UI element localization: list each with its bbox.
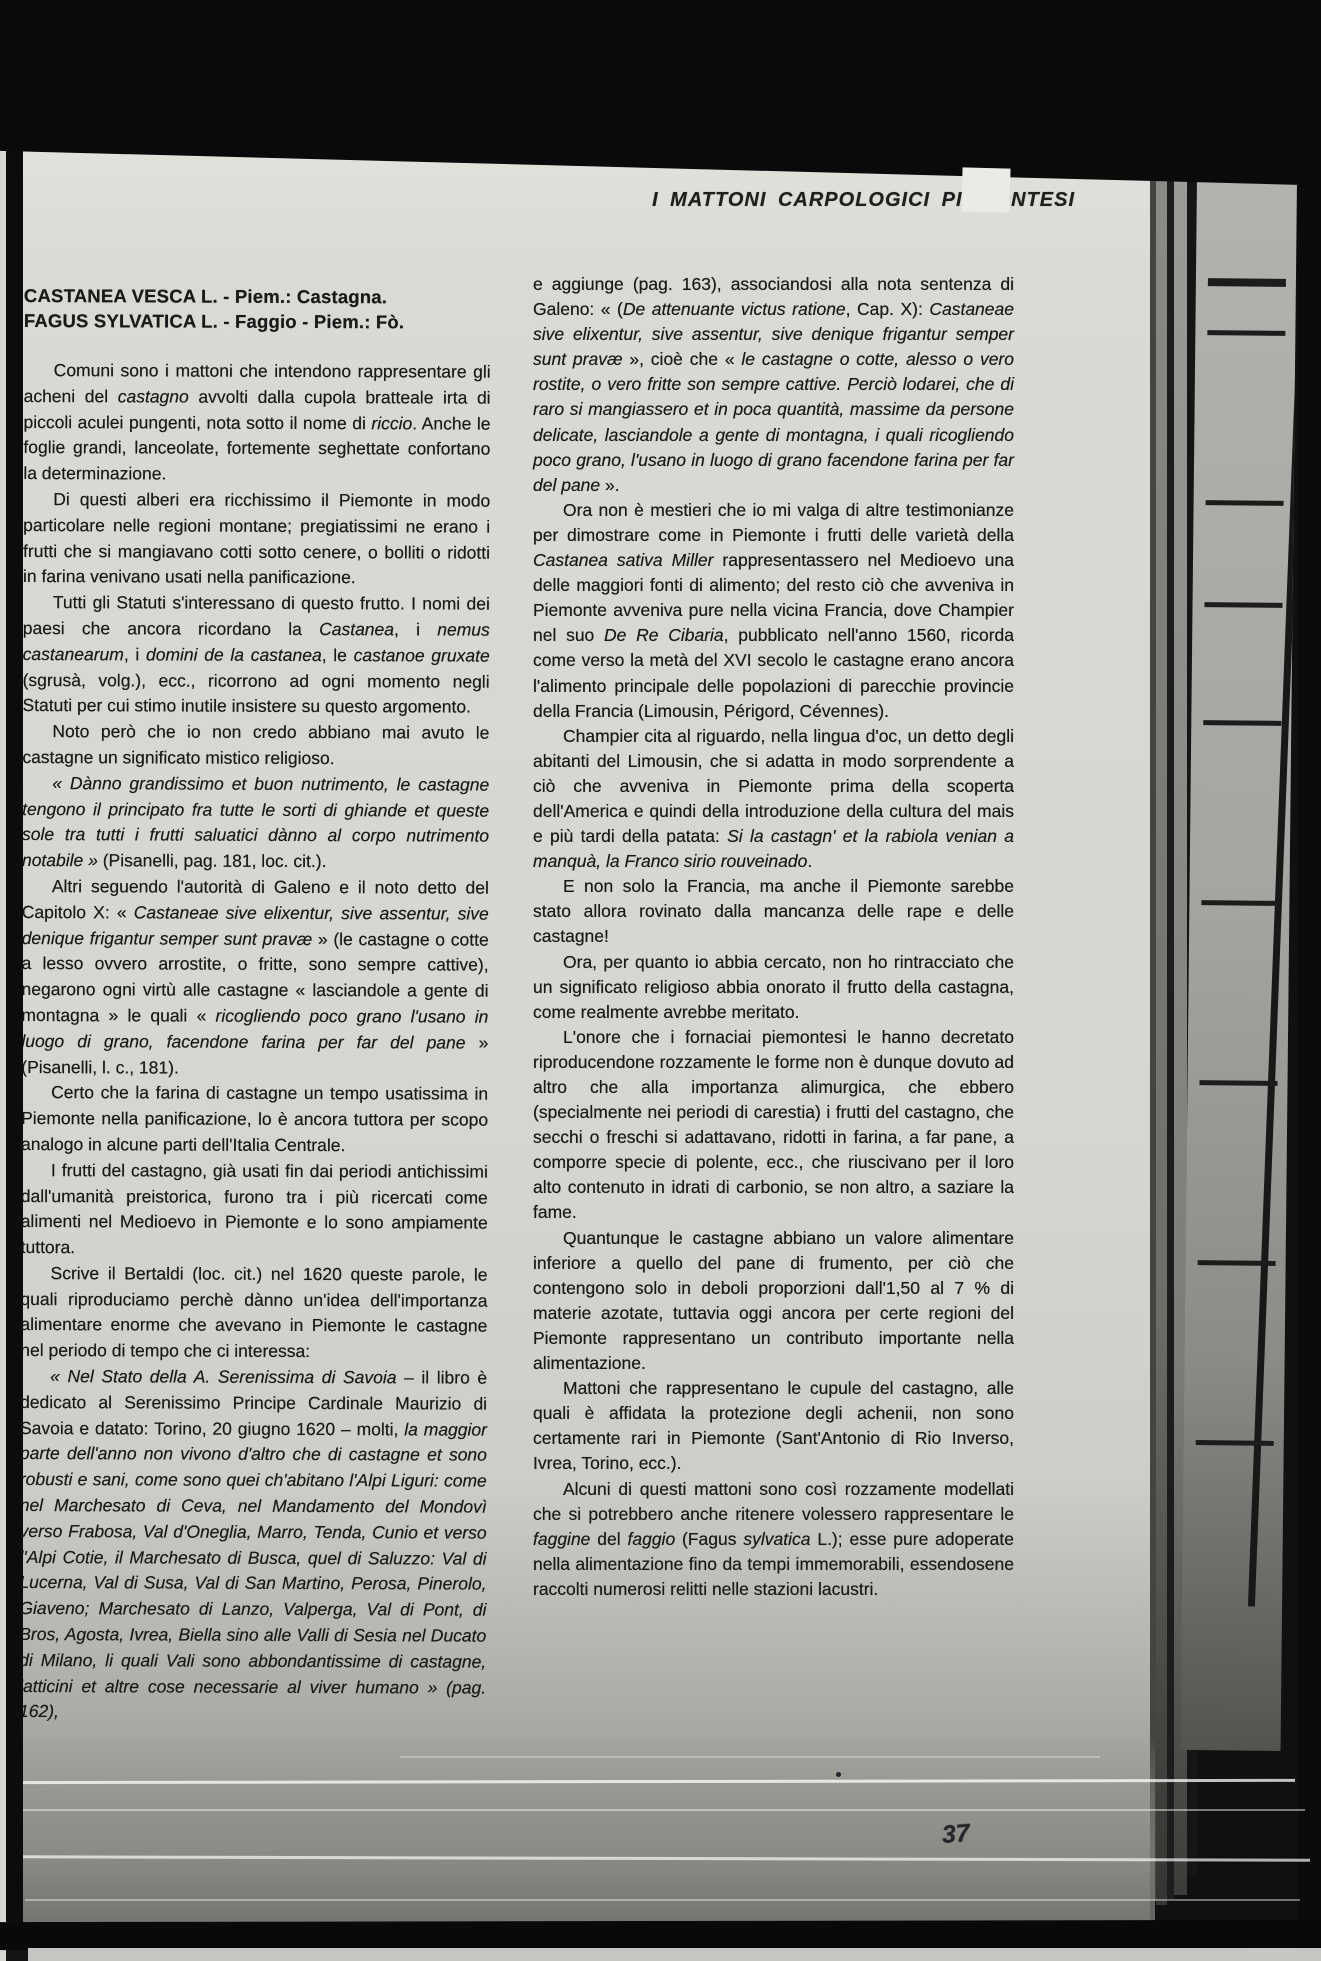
text-run: Mattoni che rappresentano le cupule del … — [533, 1378, 1014, 1473]
page-edge-stripe — [1156, 163, 1167, 1905]
page-edge-shadow-rung — [1205, 602, 1283, 608]
text-run: Castanea — [319, 619, 394, 639]
text-run: (sgrusà, volg.), ecc., ricorrono ad ogni… — [22, 670, 489, 717]
page-edge-shadow-rung — [1207, 330, 1285, 336]
paper-tab — [961, 167, 1010, 212]
species-heading-line2: FAGUS SYLVATICA L. - Faggio - Piem.: Fò. — [24, 308, 491, 335]
text-run: Ora non è mestieri che io mi valga di al… — [533, 500, 1014, 545]
text-run: Quantunque le castagne abbiano un valore… — [533, 1228, 1014, 1373]
text-run: faggine — [533, 1529, 590, 1549]
text-run: », cioè che « — [623, 349, 742, 369]
book-edge — [1150, 0, 1321, 1961]
text-run: sylvatica — [743, 1529, 810, 1549]
paragraph: Tutti gli Statuti s'interessano di quest… — [22, 590, 489, 721]
text-run: domini de la castanea — [146, 644, 322, 665]
paragraph: Certo che la farina di castagne un tempo… — [21, 1080, 488, 1159]
page-edge-shadow-rung — [1206, 500, 1284, 506]
photo-right-edge — [1297, 0, 1321, 1961]
page-edge-shadow-rung — [1208, 278, 1286, 287]
text-run: Scrive il Bertaldi (loc. cit.) nel 1620 … — [20, 1263, 487, 1361]
bottom-shadow-band — [0, 1920, 1321, 1950]
text-run: la maggior parte dell'anno non vivono d'… — [19, 1419, 487, 1697]
paragraph: Ora, per quanto io abbia cercato, non ho… — [533, 950, 1014, 1025]
text-run: , Cap. X): — [846, 299, 930, 319]
text-run: Certo che la farina di castagne un tempo… — [21, 1082, 488, 1155]
text-run: del — [590, 1529, 627, 1549]
text-run: Alcuni di questi mattoni sono così rozza… — [533, 1479, 1014, 1524]
column-right-paragraphs: e aggiunge (pag. 163), associandosi alla… — [533, 272, 1014, 1602]
text-run: , i — [394, 619, 437, 639]
page-edge-shadow-rung — [1200, 1080, 1278, 1086]
text-run: Castanea sativa Miller — [533, 550, 713, 570]
page-edge-light-column — [1181, 178, 1297, 1751]
paragraph: « Dànno grandissimo et buon nutrimento, … — [22, 771, 489, 876]
page-edge-shadow-rung — [1203, 720, 1281, 726]
photo-bottom-edge — [28, 1948, 1321, 1961]
paragraph: Comuni sono i mattoni che intendono rapp… — [23, 358, 490, 489]
text-run: (Pisanelli, pag. 181, loc. cit.). — [98, 850, 327, 871]
page-edge-shadow-rung — [1198, 1260, 1276, 1266]
text-run: faggio — [628, 1529, 676, 1549]
column-right: e aggiunge (pag. 163), associandosi alla… — [533, 272, 1014, 1602]
paragraph: Mattoni che rappresentano le cupule del … — [533, 1376, 1014, 1476]
text-run: Noto però che io non credo abbiano mai a… — [22, 721, 489, 768]
paragraph: E non solo la Francia, ma anche il Piemo… — [533, 874, 1014, 949]
text-run: E non solo la Francia, ma anche il Piemo… — [533, 876, 1014, 946]
paragraph: e aggiunge (pag. 163), associandosi alla… — [533, 272, 1014, 498]
text-run: castanoe gruxate — [354, 645, 490, 665]
text-run: riccio — [371, 413, 412, 433]
text-run: I frutti del castagno, già usati fin dai… — [21, 1160, 488, 1257]
paragraph: « Nel Stato della A. Serenissima di Savo… — [19, 1364, 487, 1727]
paragraph: Quantunque le castagne abbiano un valore… — [533, 1226, 1014, 1377]
text-run: le castagne o cotte, alesso o vero rosti… — [533, 349, 1014, 494]
text-run: L'onore che i fornaciai piemontesi le ha… — [533, 1027, 1014, 1223]
page-left-shadow — [6, 148, 23, 1948]
species-heading: CASTANEA VESCA L. - Piem.: Castagna. FAG… — [24, 283, 491, 335]
paragraph: Noto però che io non credo abbiano mai a… — [22, 719, 489, 772]
column-left-paragraphs: Comuni sono i mattoni che intendono rapp… — [19, 358, 491, 1727]
paragraph: Champier cita al riguardo, nella lingua … — [533, 724, 1014, 875]
paragraph: Di questi alberi era ricchissimo il Piem… — [23, 487, 490, 592]
text-run: De attenuante victus ratione — [623, 299, 846, 319]
page-edge-stripe — [1167, 168, 1174, 1900]
text-run: « Nel Stato della A. Serenissima di Savo… — [50, 1366, 396, 1387]
paragraph: I frutti del castagno, già usati fin dai… — [21, 1158, 488, 1263]
text-run: Di questi alberi era ricchissimo il Piem… — [23, 489, 490, 587]
text-run: . — [807, 851, 812, 871]
species-heading-line1: CASTANEA VESCA L. - Piem.: Castagna. — [24, 283, 491, 310]
text-run: (Fagus — [675, 1529, 743, 1549]
page-edge-shadow-rung — [1201, 900, 1279, 906]
text-run: ». — [600, 475, 619, 495]
text-run: , i — [124, 644, 146, 664]
column-left: CASTANEA VESCA L. - Piem.: Castagna. FAG… — [19, 283, 491, 1727]
paragraph: Ora non è mestieri che io mi valga di al… — [533, 498, 1014, 724]
page-scan: I MATTONI CARPOLOGICI PIEMONTESI CASTANE… — [0, 0, 1321, 1961]
ink-speck — [836, 1772, 841, 1777]
text-run: Ora, per quanto io abbia cercato, non ho… — [533, 952, 1014, 1022]
page-number: 37 — [941, 1819, 971, 1850]
paragraph: L'onore che i fornaciai piemontesi le ha… — [533, 1025, 1014, 1226]
paragraph: Scrive il Bertaldi (loc. cit.) nel 1620 … — [20, 1261, 487, 1366]
paragraph: Alcuni di questi mattoni sono così rozza… — [533, 1477, 1014, 1602]
text-run: De Re Cibaria — [604, 625, 724, 645]
text-run: castagno — [118, 386, 189, 406]
paragraph: Altri seguendo l'autorità di Galeno e il… — [21, 874, 489, 1082]
text-run: , le — [322, 645, 354, 665]
page-edge-shadow-rung — [1196, 1440, 1274, 1446]
